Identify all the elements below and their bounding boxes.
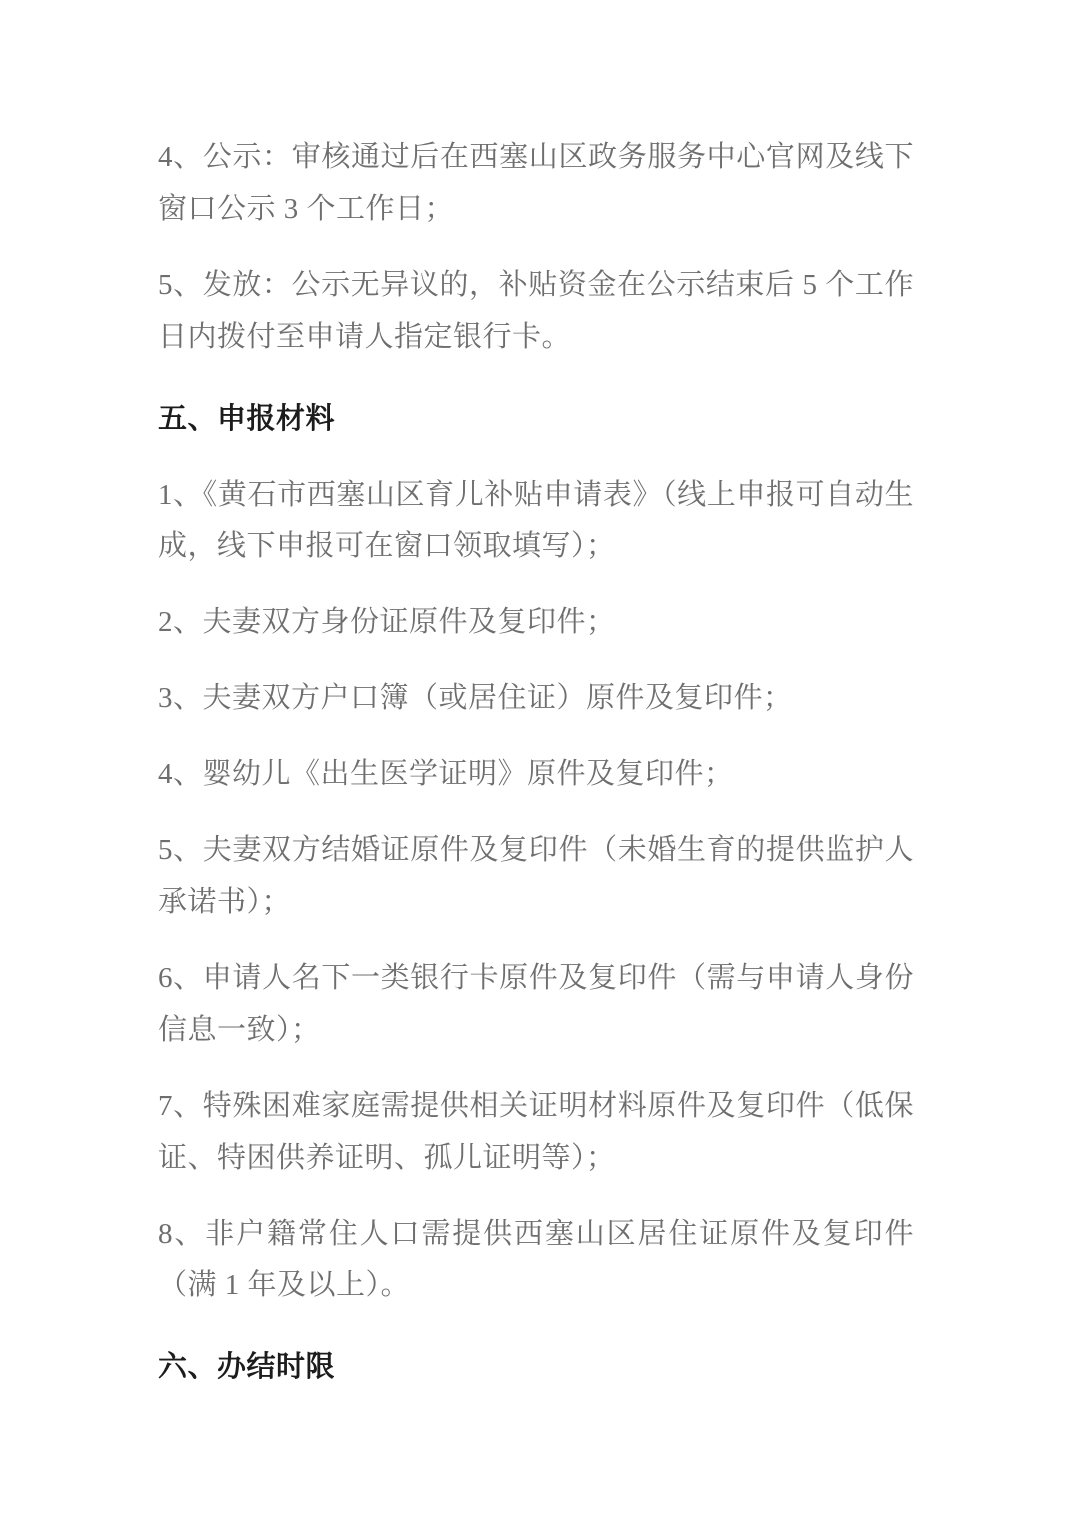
para-publicity-step: 4、公示：审核通过后在西塞山区政务服务中心官网及线下窗口公示 3 个工作日；	[158, 132, 914, 236]
document-page-background: { "document": { "language": "zh-CN", "co…	[0, 0, 1074, 1520]
para-material-hardship-proof: 7、特殊困难家庭需提供相关证明材料原件及复印件（低保证、特困供养证明、孤儿证明等…	[158, 1081, 914, 1185]
para-material-marriage-certificate: 5、夫妻双方结婚证原件及复印件（未婚生育的提供监护人承诺书）；	[158, 825, 914, 929]
para-material-household-register: 3、夫妻双方户口簿（或居住证）原件及复印件；	[158, 673, 914, 725]
para-disbursement-step: 5、发放：公示无异议的，补贴资金在公示结束后 5 个工作日内拨付至申请人指定银行…	[158, 260, 914, 364]
para-material-id-cards: 2、夫妻双方身份证原件及复印件；	[158, 597, 914, 649]
heading-processing-time-limit: 六、办结时限	[158, 1342, 914, 1394]
para-material-residence-permit: 8、非户籍常住人口需提供西塞山区居住证原件及复印件（满 1 年及以上）。	[158, 1209, 914, 1313]
para-material-bank-card: 6、申请人名下一类银行卡原件及复印件（需与申请人身份信息一致）；	[158, 953, 914, 1057]
para-material-birth-certificate: 4、婴幼儿《出生医学证明》原件及复印件；	[158, 749, 914, 801]
heading-application-materials: 五、申报材料	[158, 394, 914, 446]
document-page: 4、公示：审核通过后在西塞山区政务服务中心官网及线下窗口公示 3 个工作日； 5…	[0, 0, 1074, 1520]
para-material-application-form: 1、《黄石市西塞山区育儿补贴申请表》（线上申报可自动生成，线下申报可在窗口领取填…	[158, 470, 914, 574]
